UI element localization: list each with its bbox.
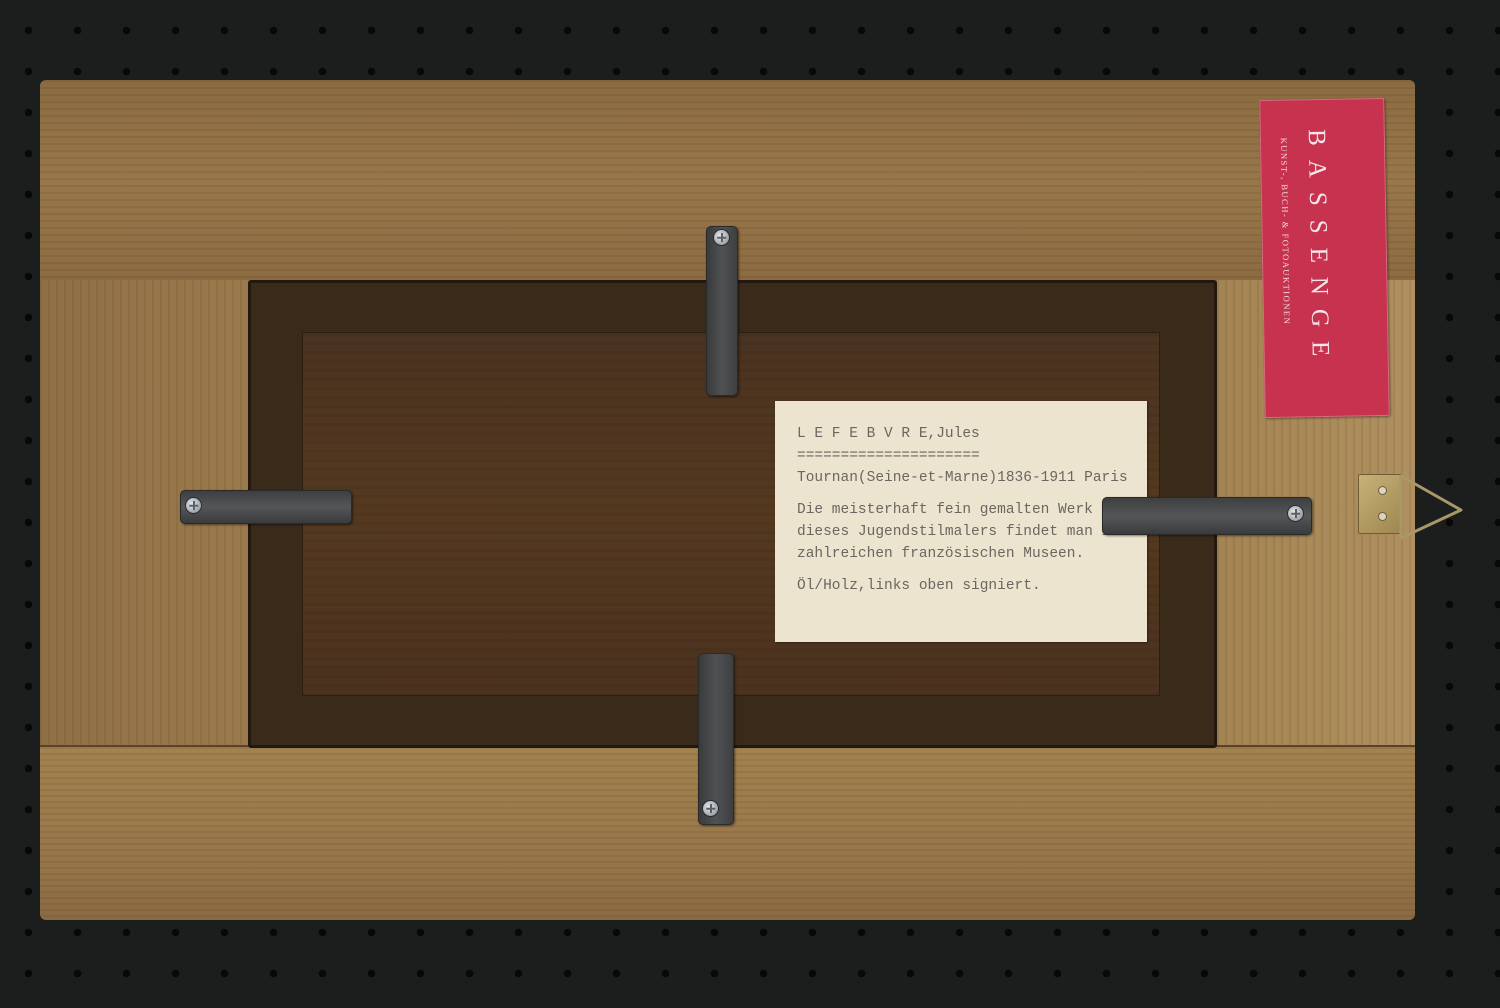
sticker-tagline: KUNST-, BUCH- & FOTOAUKTIONEN <box>1279 138 1292 326</box>
label-description-2: dieses Jugendstilmalers findet man in <box>797 521 1147 543</box>
top-center-clip <box>706 226 738 396</box>
label-birth-death: Tournan(Seine-et-Marne)1836-1911 Paris <box>797 467 1147 489</box>
triangle-hanger-ring-icon <box>1395 472 1467 544</box>
screw-hole-icon <box>1379 513 1386 520</box>
label-description-1: Die meisterhaft fein gemalten Werk <box>797 499 1147 521</box>
typewritten-label: L E F E B V R E,Jules===================… <box>775 401 1147 642</box>
screw-icon <box>186 498 201 513</box>
label-spacer <box>797 565 1147 575</box>
label-description-3: zahlreichen französischen Museen. <box>797 543 1147 565</box>
right-clip <box>1102 497 1312 535</box>
label-medium: Öl/Holz,links oben signiert. <box>797 575 1147 597</box>
screw-icon <box>703 801 718 816</box>
screw-hole-icon <box>1379 487 1386 494</box>
label-spacer <box>797 489 1147 499</box>
label-underline: ===================== <box>797 445 1147 467</box>
left-clip <box>180 490 352 524</box>
label-artist: L E F E B V R E,Jules <box>797 423 1147 445</box>
bottom-center-clip <box>698 653 734 825</box>
screw-icon <box>714 230 729 245</box>
screw-icon <box>1288 506 1303 521</box>
sticker-brand: BASSENGE <box>1302 129 1334 371</box>
bassenge-sticker: BASSENGE KUNST-, BUCH- & FOTOAUKTIONEN <box>1259 98 1390 418</box>
